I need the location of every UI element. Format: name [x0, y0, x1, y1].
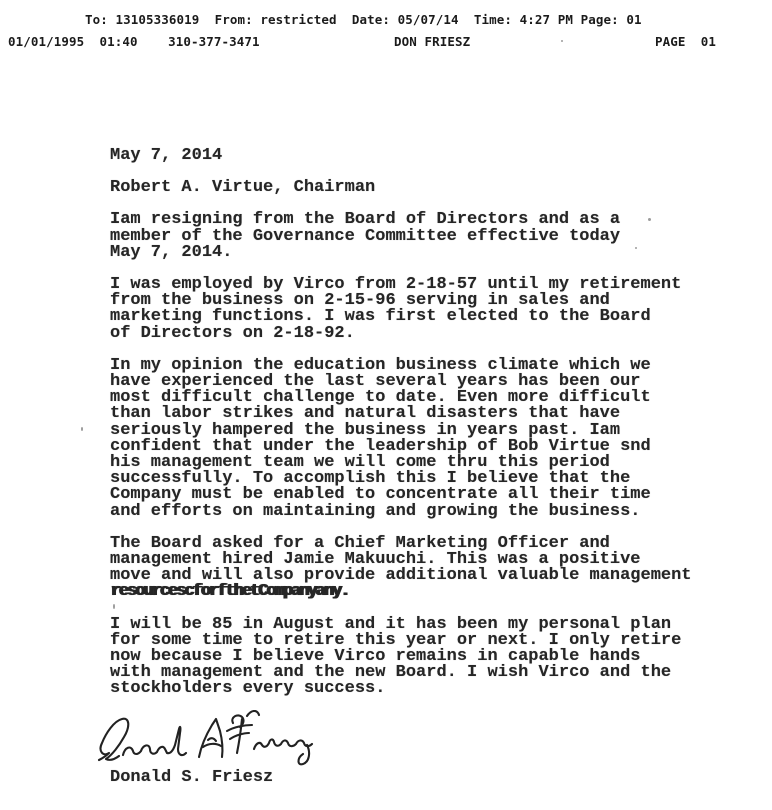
- paragraph-cmo-overstruck-line: resourcescforfthetCompanyany.: [110, 584, 730, 600]
- fax-noise-dot: [561, 40, 563, 42]
- typed-signature-name: Donald S. Friesz: [110, 770, 730, 786]
- fax-header-line1: To: 13105336019 From: restricted Date: 0…: [85, 12, 642, 27]
- letter-date: May 7, 2014: [110, 148, 730, 164]
- fax-noise-dot: [648, 218, 651, 221]
- fax-noise-dot: [305, 296, 307, 298]
- letter-addressee: Robert A. Virtue, Chairman: [110, 180, 730, 196]
- fax-header-sender-name: DON FRIESZ: [394, 34, 470, 49]
- fax-document-page: To: 13105336019 From: restricted Date: 0…: [0, 0, 772, 810]
- handwritten-signature: [96, 710, 730, 768]
- paragraph-business-climate: In my opinion the education business cli…: [110, 358, 730, 520]
- fax-noise-dot: [81, 427, 83, 431]
- paragraph-employment-history: I was employed by Virco from 2-18-57 unt…: [110, 277, 730, 342]
- fax-header-page-number: PAGE 01: [655, 34, 716, 49]
- fax-noise-dot: [635, 247, 637, 249]
- fax-header-datetime-number: 01/01/1995 01:40 310-377-3471: [8, 34, 260, 49]
- paragraph-cmo: The Board asked for a Chief Marketing Of…: [110, 536, 730, 585]
- letter-body: May 7, 2014 Robert A. Virtue, Chairman I…: [110, 148, 730, 786]
- fax-noise-dot: [113, 604, 115, 609]
- paragraph-resignation: Iam resigning from the Board of Director…: [110, 212, 730, 261]
- paragraph-retirement-plan: I will be 85 in August and it has been m…: [110, 617, 730, 698]
